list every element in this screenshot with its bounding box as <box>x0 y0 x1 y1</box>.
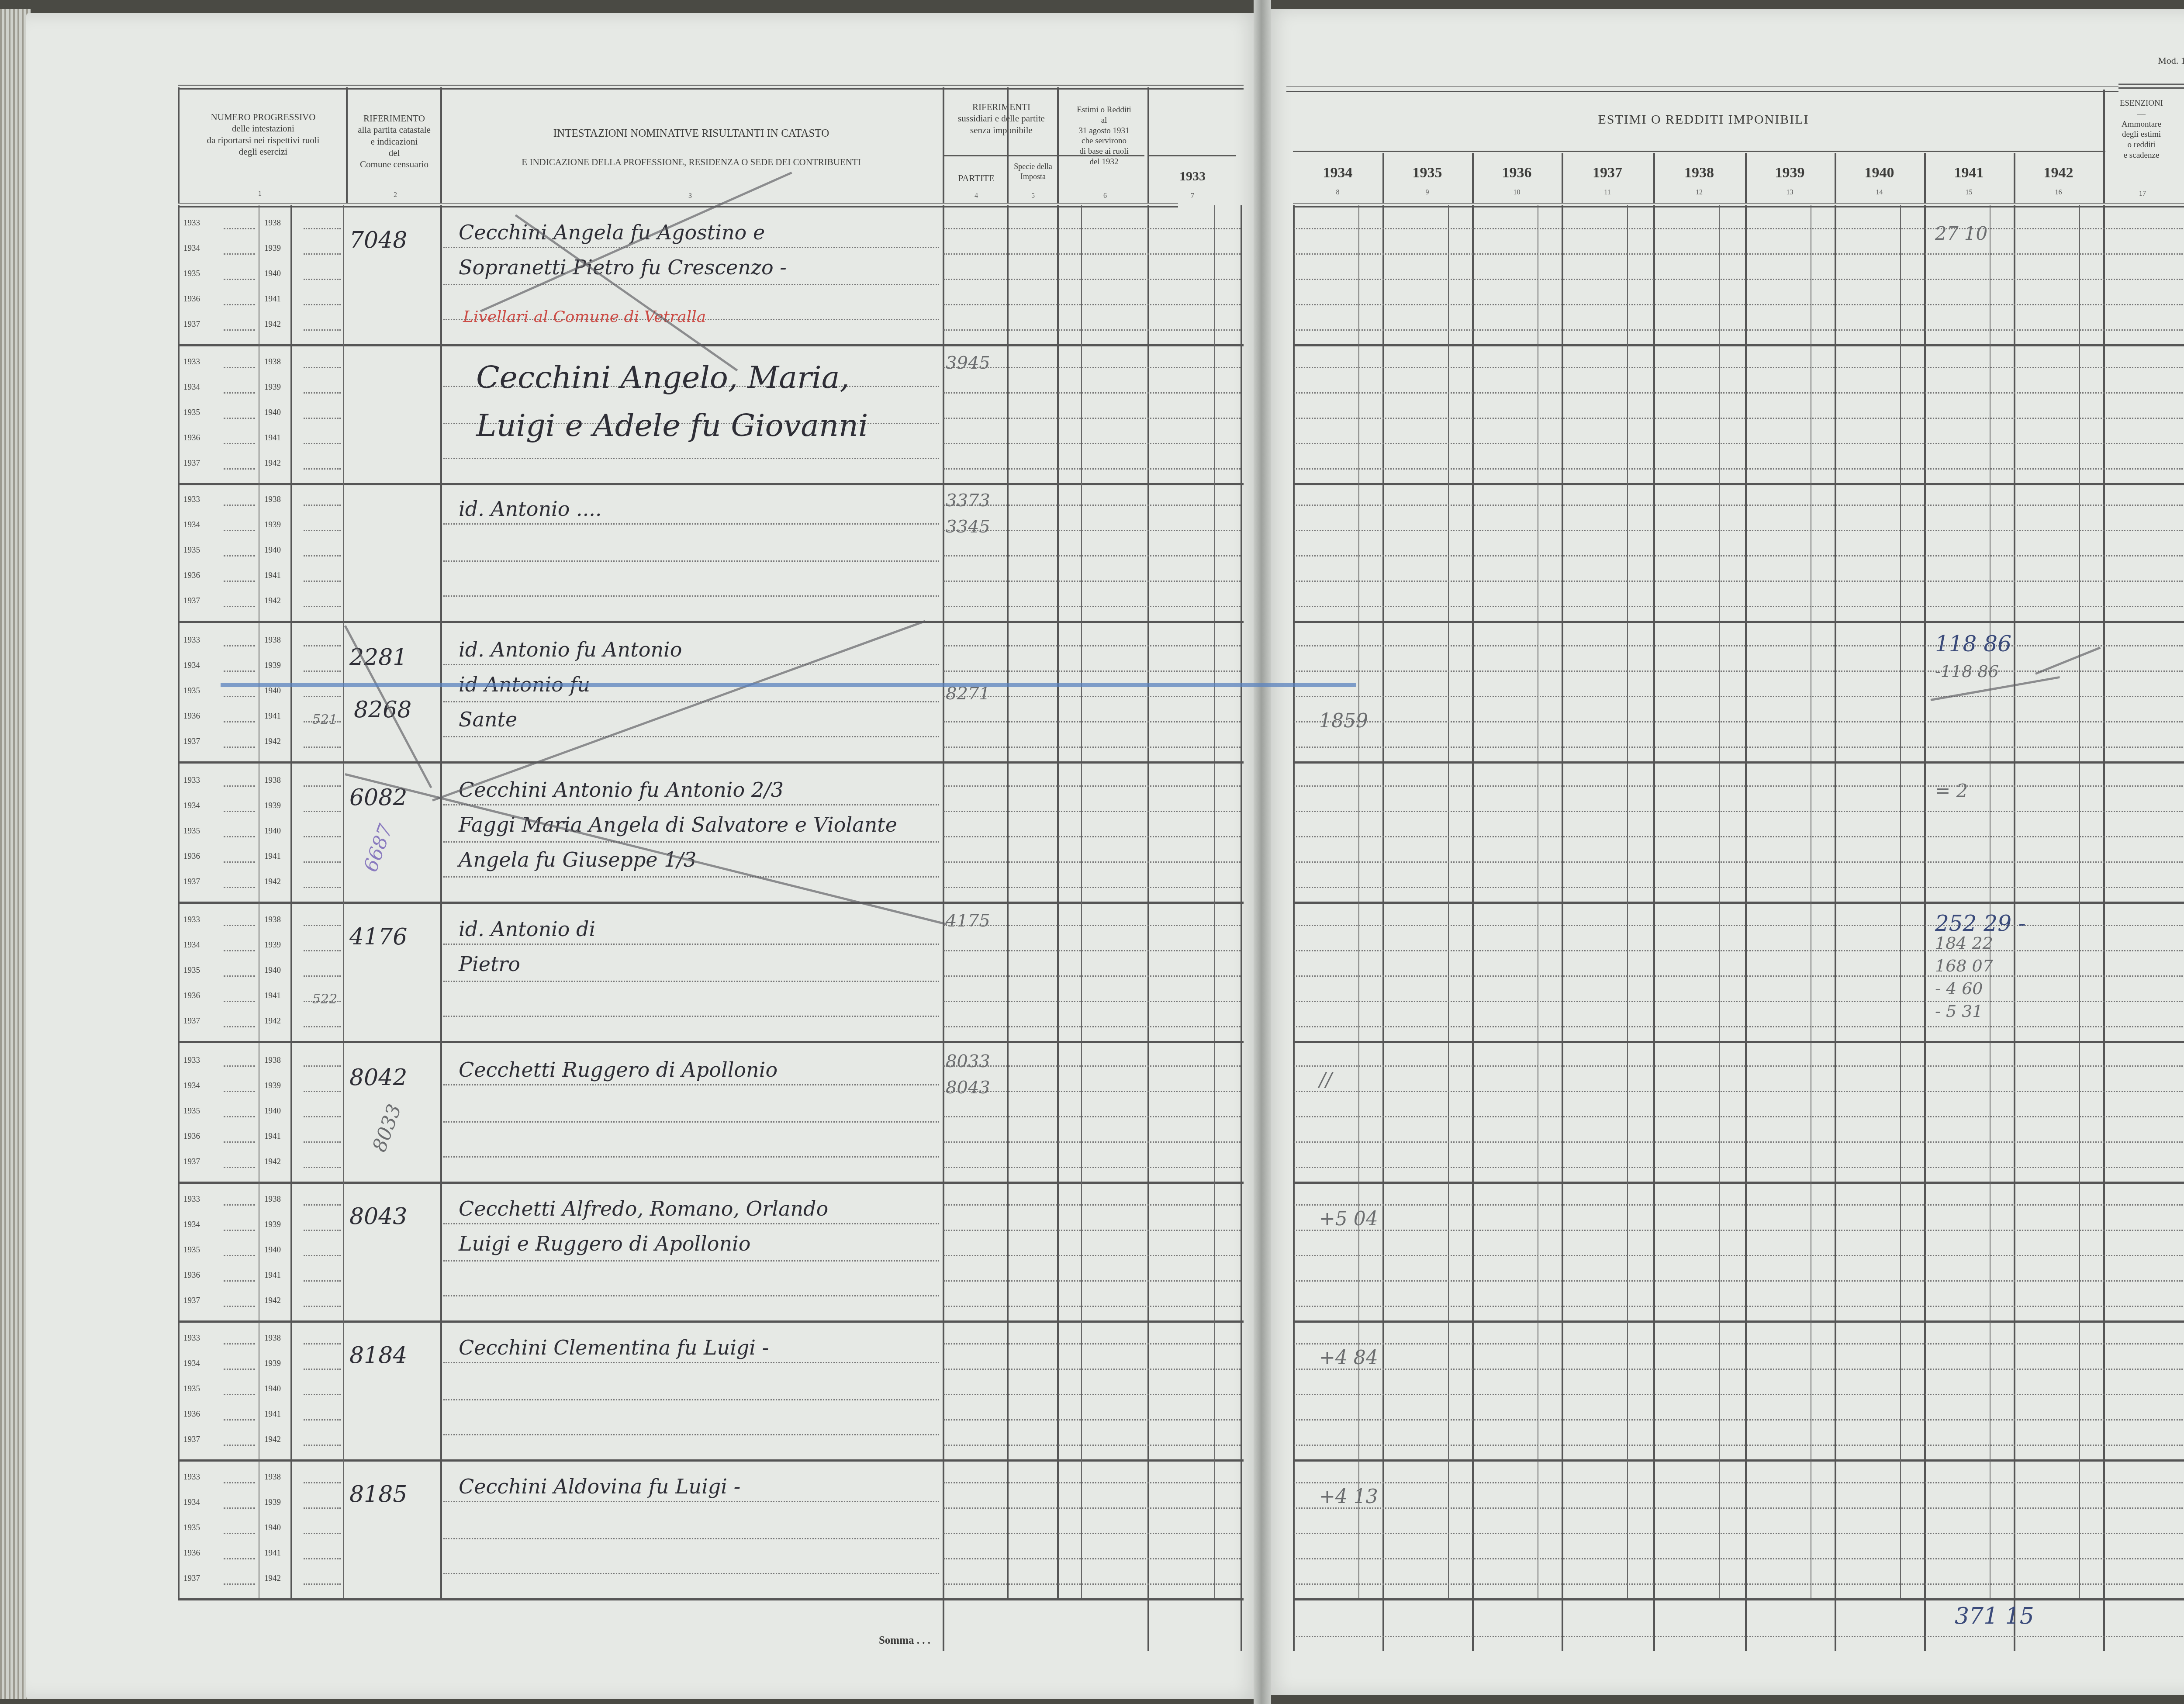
year-blank[interactable] <box>224 1583 255 1585</box>
year-blank[interactable] <box>304 555 341 556</box>
name-line <box>443 1156 939 1158</box>
year-blank[interactable] <box>224 1204 255 1206</box>
column-divider <box>1653 205 1655 344</box>
value-line-right <box>1294 367 2183 368</box>
year-blank[interactable] <box>304 1065 341 1067</box>
column-divider <box>343 1459 344 1598</box>
column-divider <box>1653 763 1655 902</box>
year-blank[interactable] <box>304 418 341 419</box>
value-1934: // <box>1319 1069 1332 1091</box>
column-divider <box>343 622 344 761</box>
column-divider <box>1472 344 1474 483</box>
value-1934: +4 13 <box>1319 1486 1378 1508</box>
year-blank[interactable] <box>224 367 255 368</box>
cents-divider <box>1811 1043 1811 1182</box>
cents-divider <box>1081 763 1082 902</box>
column-divider <box>1147 902 1149 1041</box>
name-line <box>443 701 939 702</box>
column-divider <box>1835 1320 1836 1459</box>
year-blank[interactable] <box>304 747 341 748</box>
year-blank[interactable] <box>304 606 341 607</box>
year-label: 1936 <box>183 1548 200 1558</box>
cents-divider <box>1214 1043 1215 1182</box>
year-blank[interactable] <box>224 1167 255 1168</box>
year-blank[interactable] <box>304 1583 341 1585</box>
year-blank[interactable] <box>304 1533 341 1534</box>
name-line <box>443 1260 939 1262</box>
cents-divider <box>1081 1182 1082 1320</box>
year-label: 1935 <box>183 546 200 555</box>
year-blank[interactable] <box>224 253 255 255</box>
year-blank[interactable] <box>224 1255 255 1256</box>
column-divider <box>1007 902 1009 1041</box>
value-1934: +4 84 <box>1319 1347 1378 1369</box>
year-blank[interactable] <box>304 1141 341 1143</box>
column-divider <box>1382 763 1384 902</box>
year-blank[interactable] <box>224 1558 255 1559</box>
value-line-right <box>1294 392 2183 394</box>
year-blank[interactable] <box>304 1343 341 1345</box>
year-label: 1933 <box>183 495 200 505</box>
value-line-right <box>1294 1255 2183 1256</box>
year-blank[interactable] <box>224 1419 255 1421</box>
value-line-left <box>943 1001 1241 1002</box>
column-divider <box>1382 205 1384 344</box>
year-label: 1938 <box>264 776 281 785</box>
year-blank[interactable] <box>224 1369 255 1370</box>
value-line-right <box>1294 228 2183 229</box>
value-line-left <box>943 1558 1241 1559</box>
column-divider <box>1057 1320 1059 1459</box>
cents-divider <box>1990 482 1990 621</box>
year-blank[interactable] <box>224 1280 255 1282</box>
column-divider <box>259 1182 259 1320</box>
year-blank[interactable] <box>304 443 341 444</box>
column-divider <box>1007 205 1009 344</box>
cents-divider <box>1214 622 1215 761</box>
cents-divider <box>1538 205 1538 344</box>
column-divider <box>1147 344 1149 483</box>
year-blank[interactable] <box>224 1343 255 1345</box>
year-blank[interactable] <box>304 1091 341 1092</box>
year-blank[interactable] <box>304 950 341 951</box>
year-blank[interactable] <box>224 530 255 531</box>
column-divider <box>343 482 344 621</box>
column-divider <box>290 344 292 483</box>
value-line-left <box>943 1204 1241 1206</box>
value-line-right <box>1294 418 2183 419</box>
value-line-left <box>943 1306 1241 1307</box>
value-line-right <box>1294 1558 2183 1559</box>
year-blank[interactable] <box>224 1306 255 1307</box>
cents-divider <box>1900 1182 1901 1320</box>
column-divider <box>440 344 442 483</box>
column-divider <box>440 902 442 1041</box>
year-label: 1936 <box>183 1410 200 1419</box>
somma-divider <box>1241 1599 1242 1651</box>
year-label: 1939 <box>264 1220 281 1230</box>
column-divider <box>1293 902 1295 1041</box>
column-divider <box>290 1043 292 1182</box>
value-line-left <box>943 1482 1241 1483</box>
year-blank[interactable] <box>304 392 341 394</box>
year-label: 1941 <box>264 294 281 304</box>
year-blank[interactable] <box>224 392 255 394</box>
cents-divider <box>1990 344 1990 483</box>
intestazione-line: Cecchini Antonio fu Antonio 2/3 <box>459 778 784 802</box>
column-divider <box>1653 902 1655 1041</box>
year-blank[interactable] <box>224 1445 255 1446</box>
year-blank[interactable] <box>304 1167 341 1168</box>
riferimento-number: 8185 <box>349 1481 407 1507</box>
column-divider <box>290 622 292 761</box>
cents-divider <box>1448 622 1449 761</box>
year-header-divider <box>1653 153 1655 203</box>
year-blank[interactable] <box>304 1280 341 1282</box>
header-riferimenti-line: senza imponibile <box>943 124 1059 136</box>
value-line-right <box>1294 1026 2183 1027</box>
year-label: 1939 <box>264 940 281 950</box>
column-divider <box>1653 1320 1655 1459</box>
year-blank[interactable] <box>304 1204 341 1206</box>
year-blank[interactable] <box>224 1026 255 1027</box>
year-blank[interactable] <box>304 367 341 368</box>
column-divider <box>2014 482 2015 621</box>
year-label: 1935 <box>183 1523 200 1533</box>
column-divider <box>1835 482 1836 621</box>
name-line <box>443 664 939 665</box>
partite-value: 4175 <box>946 911 990 931</box>
year-blank[interactable] <box>224 1116 255 1117</box>
year-blank[interactable] <box>304 1026 341 1027</box>
column-divider <box>943 1182 944 1320</box>
intestazione-line: Pietro <box>459 952 520 976</box>
column-divider <box>943 205 944 344</box>
year-blank[interactable] <box>224 505 255 506</box>
year-blank[interactable] <box>304 228 341 229</box>
year-blank[interactable] <box>224 1533 255 1534</box>
year-blank[interactable] <box>304 279 341 280</box>
column-divider <box>178 1182 180 1320</box>
value-1941: = 2 <box>1935 780 1968 802</box>
column-divider <box>1653 622 1655 761</box>
column-divider <box>1835 622 1836 761</box>
year-blank[interactable] <box>224 418 255 419</box>
col5-number: 5 <box>1026 192 1040 200</box>
header-divider-col17 <box>2103 90 2105 203</box>
value-line-right <box>1294 785 2183 787</box>
year-blank[interactable] <box>304 887 341 888</box>
year-blank[interactable] <box>304 836 341 837</box>
year-blank[interactable] <box>304 1116 341 1117</box>
year-blank[interactable] <box>224 228 255 229</box>
column-divider <box>2103 344 2105 483</box>
column-divider <box>1293 1043 1295 1182</box>
partite-value: 8043 <box>946 1078 990 1098</box>
year-label: 1938 <box>264 495 281 505</box>
block-separator-right <box>1293 1041 2184 1043</box>
year-blank[interactable] <box>304 253 341 255</box>
cents-divider <box>1214 1320 1215 1459</box>
year-blank[interactable] <box>224 581 255 582</box>
year-blank[interactable] <box>224 696 255 697</box>
year-label: 1938 <box>264 1195 281 1204</box>
column-divider <box>1382 344 1384 483</box>
column-divider <box>343 763 344 902</box>
column-divider <box>440 763 442 902</box>
column-divider <box>178 482 180 621</box>
year-blank[interactable] <box>224 721 255 722</box>
year-blank[interactable] <box>304 1482 341 1483</box>
col17-number: 17 <box>2136 190 2149 198</box>
header-col2-line: Comune censuario <box>347 159 441 170</box>
column-divider <box>1241 763 1242 902</box>
year-blank[interactable] <box>304 1394 341 1395</box>
column-divider <box>1241 622 1242 761</box>
cents-divider <box>1358 902 1359 1041</box>
block-separator-right <box>1293 344 2184 346</box>
year-blank[interactable] <box>304 811 341 812</box>
name-line <box>443 841 939 843</box>
year-blank[interactable] <box>224 645 255 646</box>
year-blank[interactable] <box>224 861 255 863</box>
partite-value: 8033 <box>946 1051 990 1071</box>
year-blank[interactable] <box>304 505 341 506</box>
year-blank[interactable] <box>304 1255 341 1256</box>
cents-divider <box>1081 482 1082 621</box>
name-line <box>443 1573 939 1574</box>
year-blank[interactable] <box>304 975 341 977</box>
column-divider <box>440 1182 442 1320</box>
cents-divider <box>1719 1320 1720 1459</box>
column-divider <box>1924 1043 1926 1182</box>
year-label: 1936 <box>183 1271 200 1280</box>
value-line-right <box>1294 1204 2183 1206</box>
intestazione-line: id. Antonio .... <box>459 497 602 521</box>
column-divider <box>1562 763 1563 902</box>
value-1934: 1859 <box>1319 710 1368 732</box>
year-blank[interactable] <box>224 279 255 280</box>
column-divider <box>440 482 442 621</box>
block-separator-left <box>178 1041 1244 1043</box>
year-blank[interactable] <box>224 468 255 470</box>
cents-divider <box>1990 1459 1990 1598</box>
value-line-right <box>1294 721 2183 722</box>
year-blank[interactable] <box>224 1065 255 1067</box>
column-divider <box>290 1182 292 1320</box>
cents-divider <box>1538 1320 1538 1459</box>
year-blank[interactable] <box>224 887 255 888</box>
column-divider <box>1241 1459 1242 1598</box>
year-blank[interactable] <box>304 1306 341 1307</box>
column-divider <box>1924 622 1926 761</box>
year-label: 1933 <box>183 915 200 925</box>
year-label: 1937 <box>183 320 200 329</box>
column-divider <box>440 1459 442 1598</box>
column-divider <box>1924 1182 1926 1320</box>
year-blank[interactable] <box>304 696 341 697</box>
year-label: 1936 <box>183 294 200 304</box>
value-line-right <box>1294 1583 2183 1585</box>
column-divider <box>1057 622 1059 761</box>
year-blank[interactable] <box>224 671 255 672</box>
year-label: 1933 <box>183 357 200 367</box>
intestazione-line: Sopranetti Pietro fu Crescenzo - <box>459 256 787 279</box>
year-label: 1941 <box>264 433 281 443</box>
cents-divider <box>1900 1043 1901 1182</box>
year-blank[interactable] <box>304 785 341 787</box>
block-separator-right <box>1293 1182 2184 1184</box>
year-blank[interactable] <box>224 1001 255 1002</box>
value-line-right <box>1294 1445 2183 1446</box>
name-line <box>443 736 939 737</box>
value-line-right <box>1294 1394 2183 1395</box>
year-blank[interactable] <box>224 1394 255 1395</box>
cents-divider <box>1448 205 1449 344</box>
value-line-right <box>1294 1091 2183 1092</box>
year-blank[interactable] <box>224 975 255 977</box>
value-line-right <box>1294 747 2183 748</box>
year-blank[interactable] <box>304 925 341 926</box>
partite-value: 3373 <box>946 491 990 511</box>
header-col4-partite: PARTITE <box>943 173 1009 184</box>
value-line-right <box>1294 1065 2183 1067</box>
year-blank[interactable] <box>224 1091 255 1092</box>
year-blank[interactable] <box>224 304 255 305</box>
value-line-left <box>943 671 1241 672</box>
year-blank[interactable] <box>304 1507 341 1509</box>
year-label: 1941 <box>264 1271 281 1280</box>
year-blank[interactable] <box>224 555 255 556</box>
column-divider <box>1057 1182 1059 1320</box>
block-separator-left <box>178 1459 1244 1462</box>
column-divider <box>178 1320 180 1459</box>
column-divider <box>1835 205 1836 344</box>
cents-divider <box>1900 1459 1901 1598</box>
column-divider <box>1924 763 1926 902</box>
value-line-right <box>1294 606 2183 607</box>
header-col3-subtitle: E INDICAZIONE DELLA PROFESSIONE, RESIDEN… <box>441 156 941 168</box>
year-label: 1939 <box>264 520 281 530</box>
year-label: 1940 <box>264 1106 281 1116</box>
cents-divider <box>1448 1182 1449 1320</box>
year-blank[interactable] <box>224 785 255 787</box>
year-blank[interactable] <box>304 1230 341 1231</box>
name-line <box>443 1434 939 1435</box>
year-label: 1934 <box>183 801 200 811</box>
year-blank[interactable] <box>224 836 255 837</box>
cents-divider <box>1448 482 1449 621</box>
year-blank[interactable] <box>304 530 341 531</box>
value-line-left <box>943 1141 1241 1143</box>
book-gutter <box>1254 0 1271 1704</box>
cents-divider <box>1719 1043 1720 1182</box>
year-blank[interactable] <box>304 1419 341 1421</box>
year-blank[interactable] <box>304 645 341 646</box>
value-line-left <box>943 950 1241 951</box>
column-divider <box>2014 763 2015 902</box>
column-divider <box>178 1459 180 1598</box>
column-divider <box>290 763 292 902</box>
header-divider <box>178 87 180 203</box>
column-divider <box>1745 1043 1747 1182</box>
year-blank[interactable] <box>224 747 255 748</box>
year-blank[interactable] <box>224 1482 255 1483</box>
value-line-left <box>943 1583 1241 1585</box>
year-label: 1934 <box>183 940 200 950</box>
somma-divider <box>1835 1599 1836 1651</box>
year-blank[interactable] <box>304 1558 341 1559</box>
header-col6-line: 31 agosto 1931 <box>1059 126 1149 136</box>
year-blank[interactable] <box>224 443 255 444</box>
year-blank[interactable] <box>224 1230 255 1231</box>
year-blank[interactable] <box>224 606 255 607</box>
header-col3-title: INTESTAZIONI NOMINATIVE RISULTANTI IN CA… <box>441 127 941 140</box>
column-divider <box>1653 1459 1655 1598</box>
year-label: 1937 <box>183 1157 200 1167</box>
year-blank[interactable] <box>224 811 255 812</box>
year-blank[interactable] <box>304 581 341 582</box>
value-line-right <box>1294 443 2183 444</box>
year-label: 1939 <box>264 1359 281 1369</box>
header-year-1941: 1941 <box>1924 164 2014 183</box>
name-line <box>443 1223 939 1224</box>
column-divider <box>1382 622 1384 761</box>
cents-divider <box>1358 763 1359 902</box>
value-line-right <box>1294 530 2183 531</box>
value-line-left <box>943 1369 1241 1370</box>
col-number: 16 <box>2052 189 2065 197</box>
column-divider <box>259 482 259 621</box>
year-blank[interactable] <box>304 861 341 863</box>
somma-divider <box>1293 1599 1295 1651</box>
cents-divider <box>1719 1459 1720 1598</box>
value-line-left <box>943 1343 1241 1345</box>
year-blank[interactable] <box>224 1141 255 1143</box>
year-blank[interactable] <box>304 671 341 672</box>
column-divider <box>2014 205 2015 344</box>
header-divider <box>346 87 348 203</box>
value-line-right <box>1294 1343 2183 1345</box>
year-blank[interactable] <box>304 468 341 470</box>
name-line <box>443 944 939 945</box>
column-divider <box>2103 902 2105 1041</box>
year-blank[interactable] <box>224 1507 255 1509</box>
year-blank[interactable] <box>224 925 255 926</box>
year-blank[interactable] <box>224 950 255 951</box>
column-divider <box>1562 1182 1563 1320</box>
cents-divider <box>1538 902 1538 1041</box>
intestazione-line: Cecchetti Ruggero di Apollonio <box>459 1058 778 1082</box>
header-divider <box>1147 87 1149 203</box>
year-label: 1941 <box>264 852 281 861</box>
year-label: 1939 <box>264 383 281 392</box>
year-label: 1939 <box>264 1081 281 1091</box>
column-divider <box>1562 622 1563 761</box>
year-label: 1942 <box>264 877 281 887</box>
year-blank[interactable] <box>304 1445 341 1446</box>
year-blank[interactable] <box>304 304 341 305</box>
column-divider <box>1562 205 1563 344</box>
column-divider <box>1472 763 1474 902</box>
year-blank[interactable] <box>304 1369 341 1370</box>
year-blank[interactable] <box>304 329 341 331</box>
year-label: 1942 <box>264 1016 281 1026</box>
year-blank[interactable] <box>224 329 255 331</box>
column-divider <box>943 344 944 483</box>
column-divider <box>1472 205 1474 344</box>
column-divider <box>1745 344 1747 483</box>
